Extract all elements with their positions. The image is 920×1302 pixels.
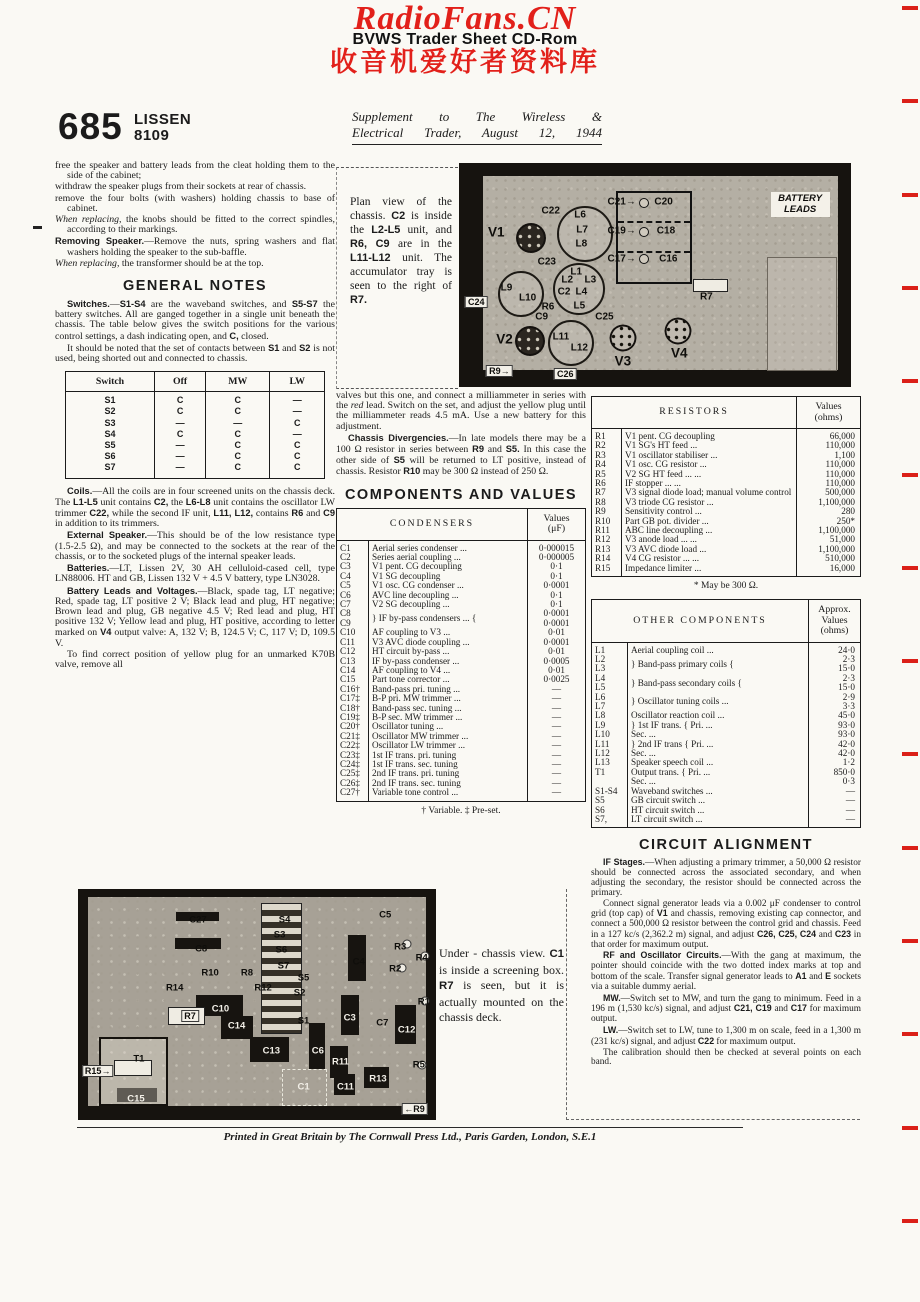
paragraph: LW.—Switch set to LW, tune to 1,300 m on… — [591, 1026, 861, 1048]
brand-model: LISSEN 8109 — [134, 112, 191, 144]
table-row: S5—CC — [66, 440, 325, 451]
paragraph: Switches.—S1-S4 are the waveband switche… — [55, 299, 335, 342]
photo-label-c19: C19→ — [607, 226, 635, 237]
paragraph: valves but this one, and connect a milli… — [336, 391, 586, 432]
service-sheet-page: RadioFans.CN BVWS Trader Sheet CD-Rom 收音… — [0, 0, 920, 1302]
photo-label-c17: C17→ — [607, 253, 635, 264]
photo-label-c25: C25 — [595, 312, 613, 323]
photo-label-r10: R10 — [201, 967, 218, 978]
supplement-line-2: Electrical Trader, August 12, 1944 — [352, 125, 602, 141]
removal-steps: free the speaker and battery leads from … — [55, 161, 335, 269]
photo-label-v3: V3 — [615, 353, 632, 368]
components-heading: COMPONENTS AND VALUES — [336, 487, 586, 503]
paragraph: Coils.—All the coils are in four screene… — [55, 486, 335, 530]
lw-col-header: LW — [270, 372, 325, 392]
valve-v2 — [515, 326, 545, 356]
red-trim-mark — [902, 939, 918, 943]
photo-label-r14: R14 — [166, 982, 183, 993]
brand-name: LISSEN — [134, 112, 191, 128]
photo-label-c3: C3 — [344, 1013, 356, 1024]
table-row: L11} 2nd IF trans { Pri. ... Sec. ...42·… — [592, 740, 861, 749]
photo-label-s6: S6 — [276, 944, 288, 955]
photo-label-c14: C14 — [228, 1021, 245, 1032]
photo-label-c20: C20 — [654, 197, 672, 208]
paragraph: IF Stages.—When adjusting a primary trim… — [591, 858, 861, 898]
table-row: S2CC— — [66, 406, 325, 417]
photo-label-c26: C26 — [554, 368, 577, 380]
table-row: S6—CC — [66, 451, 325, 462]
mw-col-header: MW — [206, 372, 270, 392]
photo-label-l10: L10 — [519, 293, 536, 304]
supplement-line-1: Supplement to The Wireless & — [352, 109, 602, 125]
photo-label-r3: R3 — [394, 942, 406, 953]
photo-label-l11: L11 — [553, 332, 570, 343]
accumulator-tray — [767, 257, 838, 371]
trimmer-c17 — [639, 254, 649, 264]
watermark-chinese: 收音机爱好者资料库 — [295, 49, 635, 76]
red-trim-mark — [902, 1219, 918, 1223]
photo-label-r8: R8 — [241, 967, 253, 978]
photo-label-c24: C24 — [465, 296, 488, 308]
red-trim-mark — [902, 286, 918, 290]
red-trim-mark — [902, 6, 918, 10]
middle-paragraphs: valves but this one, and connect a milli… — [336, 391, 586, 478]
bottom-divider-dashed — [566, 1119, 860, 1120]
red-trim-mark — [902, 379, 918, 383]
red-trim-mark — [902, 752, 918, 756]
general-notes-heading: GENERAL NOTES — [55, 278, 335, 294]
photo-label-c11: C11 — [337, 1081, 354, 1092]
table-row: S7—CC — [66, 462, 325, 478]
paragraph: When replacing, the knobs should be fitt… — [55, 215, 335, 235]
red-trim-mark — [902, 473, 918, 477]
photo-label-l5: L5 — [574, 301, 586, 312]
photo-label-s5: S5 — [298, 972, 310, 983]
photo-label-c8: C8 — [195, 943, 207, 954]
right-column: RESISTORS Values (ohms) R1V1 pent. CG de… — [591, 396, 861, 1069]
photo-label-r15: R15→ — [82, 1065, 114, 1077]
resistor-header-row: RESISTORS Values (ohms) — [592, 397, 861, 429]
table-row: C27†Variable tone control ...— — [337, 788, 586, 801]
watermark-subtitle: BVWS Trader Sheet CD-Rom — [295, 32, 635, 48]
caption-divider-dashed — [566, 889, 567, 1120]
model-number: 8109 — [134, 128, 191, 144]
photo-label-r7: R7 — [700, 292, 713, 303]
photo-label-l9: L9 — [501, 283, 513, 294]
photo-label-r1: R1 — [418, 996, 430, 1007]
photo-label-c12: C12 — [398, 1025, 415, 1036]
paragraph: RF and Oscillator Circuits.—With the gan… — [591, 951, 861, 992]
photo-label-c4: C4 — [353, 956, 365, 967]
condenser-values-header: Values (μF) — [528, 508, 586, 540]
photo-label-c27: C27 — [189, 915, 206, 926]
supplement-header: Supplement to The Wireless & Electrical … — [352, 109, 602, 145]
condenser-footnote: † Variable. ‡ Pre-set. — [336, 806, 586, 816]
photo-label-l7: L7 — [576, 224, 588, 235]
photo-label-r9: ←R9 — [401, 1103, 428, 1115]
resistor-table: RESISTORS Values (ohms) R1V1 pent. CG de… — [591, 396, 861, 577]
other-components-title: OTHER COMPONENTS — [592, 600, 809, 643]
middle-column: valves but this one, and connect a milli… — [336, 391, 586, 816]
table-row: S1CC— — [66, 392, 325, 407]
plan-view-caption-box: Plan view of the chassis. C2 is inside t… — [336, 167, 458, 389]
red-trim-mark — [902, 193, 918, 197]
photo-label-l2: L2 — [561, 275, 573, 286]
condenser-table: CONDENSERS Values (μF) C1Aerial series c… — [336, 508, 586, 802]
photo-label-c9: C9 — [535, 312, 548, 323]
valve-v4 — [665, 318, 692, 345]
paragraph: To find correct position of yellow plug … — [55, 650, 335, 670]
photo-label-c1: C1 — [297, 1081, 309, 1092]
table-row: R15Impedance limiter ...16,000 — [592, 564, 861, 577]
photo-label-l3: L3 — [584, 275, 596, 286]
sheet-number: 685 — [58, 106, 123, 148]
paragraph: withdraw the speaker plugs from their so… — [55, 182, 335, 192]
photo-label-l12: L12 — [571, 342, 588, 353]
resistor-title: RESISTORS — [592, 397, 797, 429]
resistor-values-header: Values (ohms) — [797, 397, 861, 429]
resistor-r7-component — [693, 279, 727, 291]
valve-v1 — [516, 223, 546, 253]
red-trim-mark — [902, 566, 918, 570]
paragraph: When replacing, the transformer should b… — [55, 259, 335, 269]
photo-label-c6: C6 — [312, 1046, 324, 1057]
photo-label-s1: S1 — [298, 1016, 310, 1027]
photo-label-r2: R2 — [389, 963, 401, 974]
table-row: L9} 1st IF trans. { Pri. ... Sec. ...93·… — [592, 721, 861, 730]
printer-imprint: Printed in Great Britain by The Cornwall… — [100, 1131, 720, 1143]
switch-col-header: Switch — [66, 372, 155, 392]
trimmer-c19 — [639, 227, 649, 237]
condenser-title: CONDENSERS — [337, 508, 528, 540]
photo-label-t1: T1 — [133, 1053, 144, 1064]
off-col-header: Off — [154, 372, 205, 392]
paragraph: remove the four bolts (with washers) hol… — [55, 194, 335, 214]
table-row: L6} Oscillator tuning coils ...2·9 — [592, 693, 861, 702]
paragraph: It should be noted that the set of conta… — [55, 343, 335, 364]
switch-table-header-row: Switch Off MW LW — [66, 372, 325, 392]
photo-label-l6: L6 — [574, 210, 586, 221]
footer-rule — [77, 1127, 743, 1128]
table-row: L4} Band-pass secondary coils {2·3 — [592, 674, 861, 683]
switch-position-table: Switch Off MW LW S1CC—S2CC—S3——CS4CC—S5—… — [65, 371, 325, 478]
photo-label-c16: C16 — [659, 253, 677, 264]
photo-label-v2: V2 — [496, 331, 513, 346]
photo-label-c2: C2 — [558, 287, 571, 298]
red-trim-mark — [902, 659, 918, 663]
photo-label-v4: V4 — [671, 345, 688, 360]
photo-label-c15: C15 — [127, 1093, 144, 1104]
other-components-values-header: Approx. Values (ohms) — [809, 600, 861, 643]
paragraph: MW.—Switch set to MW, and turn the gang … — [591, 994, 861, 1025]
circuit-alignment-heading: CIRCUIT ALIGNMENT — [591, 837, 861, 853]
left-column: free the speaker and battery leads from … — [55, 161, 335, 671]
under-chassis-caption: Under - chassis view. C1 is inside a scr… — [439, 946, 564, 1026]
photo-label-r4: R4 — [416, 952, 428, 963]
photo-label-c23: C23 — [538, 256, 556, 267]
trimmer-c21 — [639, 198, 649, 208]
photo-label-r13: R13 — [369, 1073, 386, 1084]
table-row: S3——C — [66, 418, 325, 429]
valve-v3 — [609, 324, 636, 351]
other-components-table: OTHER COMPONENTS Approx. Values (ohms) L… — [591, 599, 861, 828]
table-row: S7,LT circuit switch ...— — [592, 815, 861, 828]
paragraph: Chassis Divergencies.—In late models the… — [336, 433, 586, 478]
photo-label-s7: S7 — [278, 960, 290, 971]
paragraph: Batteries.—LT, Lissen 2V, 30 AH celluloi… — [55, 563, 335, 584]
photo-label-c22: C22 — [542, 206, 560, 217]
photo-label-r11: R11 — [332, 1056, 349, 1067]
alignment-paragraphs: IF Stages.—When adjusting a primary trim… — [591, 858, 861, 1068]
photo-label-c13: C13 — [263, 1046, 280, 1057]
paragraph: Battery Leads and Voltages.—Black, spade… — [55, 586, 335, 649]
resistor-footnote: * May be 300 Ω. — [591, 581, 861, 591]
photo-label-r7: R7 — [181, 1010, 199, 1022]
table-row: S4CC— — [66, 429, 325, 440]
photo-label-c7: C7 — [376, 1018, 388, 1029]
general-notes-paragraphs: Switches.—S1-S4 are the waveband switche… — [55, 299, 335, 364]
red-trim-mark — [902, 1032, 918, 1036]
plan-view-caption: Plan view of the chassis. C2 is inside t… — [350, 195, 452, 307]
photo-label-c5: C5 — [379, 910, 391, 921]
paragraph: free the speaker and battery leads from … — [55, 161, 335, 181]
margin-artifact — [33, 226, 42, 229]
paragraph: Removing Speaker.—Remove the nuts, sprin… — [55, 236, 335, 257]
table-row: L2} Band-pass primary coils {2·3 — [592, 655, 861, 664]
paragraph: External Speaker.—This should be of the … — [55, 530, 335, 562]
battery-leads-label: BATTERY LEADS — [771, 192, 830, 217]
photo-label-s4: S4 — [279, 915, 291, 926]
photo-label-c10: C10 — [212, 1004, 229, 1015]
photo-label-r12: R12 — [254, 982, 271, 993]
other-components-header-row: OTHER COMPONENTS Approx. Values (ohms) — [592, 600, 861, 643]
table-row: T1Output trans. { Pri. ... Sec. ...850·0 — [592, 768, 861, 777]
left-sections: Coils.—All the coils are in four screene… — [55, 486, 335, 670]
red-trim-mark — [902, 99, 918, 103]
photo-label-r5: R5 — [413, 1060, 425, 1071]
photo-label-l4: L4 — [575, 287, 587, 298]
photo-label-c18: C18 — [657, 225, 675, 236]
photo-label-r9: R9→ — [486, 365, 513, 377]
paragraph: The calibration should then be checked a… — [591, 1049, 861, 1069]
under-chassis-photo: C27C8C5S4S3S6S7S5S2S1R3R4R2R1R14R10R8R12… — [78, 889, 436, 1120]
table-row: L1Aerial coupling coil ...24·0 — [592, 642, 861, 655]
photo-label-v1: V1 — [488, 225, 505, 240]
red-trim-mark — [902, 846, 918, 850]
condenser-header-row: CONDENSERS Values (μF) — [337, 508, 586, 540]
watermark-block: RadioFans.CN BVWS Trader Sheet CD-Rom 收音… — [295, 2, 635, 76]
photo-label-s3: S3 — [274, 930, 286, 941]
red-trim-mark — [902, 1126, 918, 1130]
photo-label-l8: L8 — [575, 238, 587, 249]
plan-view-photo: BATTERY LEADS V1C22L6L7L8C21→C20C19→C18C… — [459, 163, 851, 387]
photo-label-s2: S2 — [294, 987, 306, 998]
photo-label-c21: C21→ — [607, 197, 635, 208]
paragraph: Connect signal generator leads via a 0.0… — [591, 900, 861, 951]
